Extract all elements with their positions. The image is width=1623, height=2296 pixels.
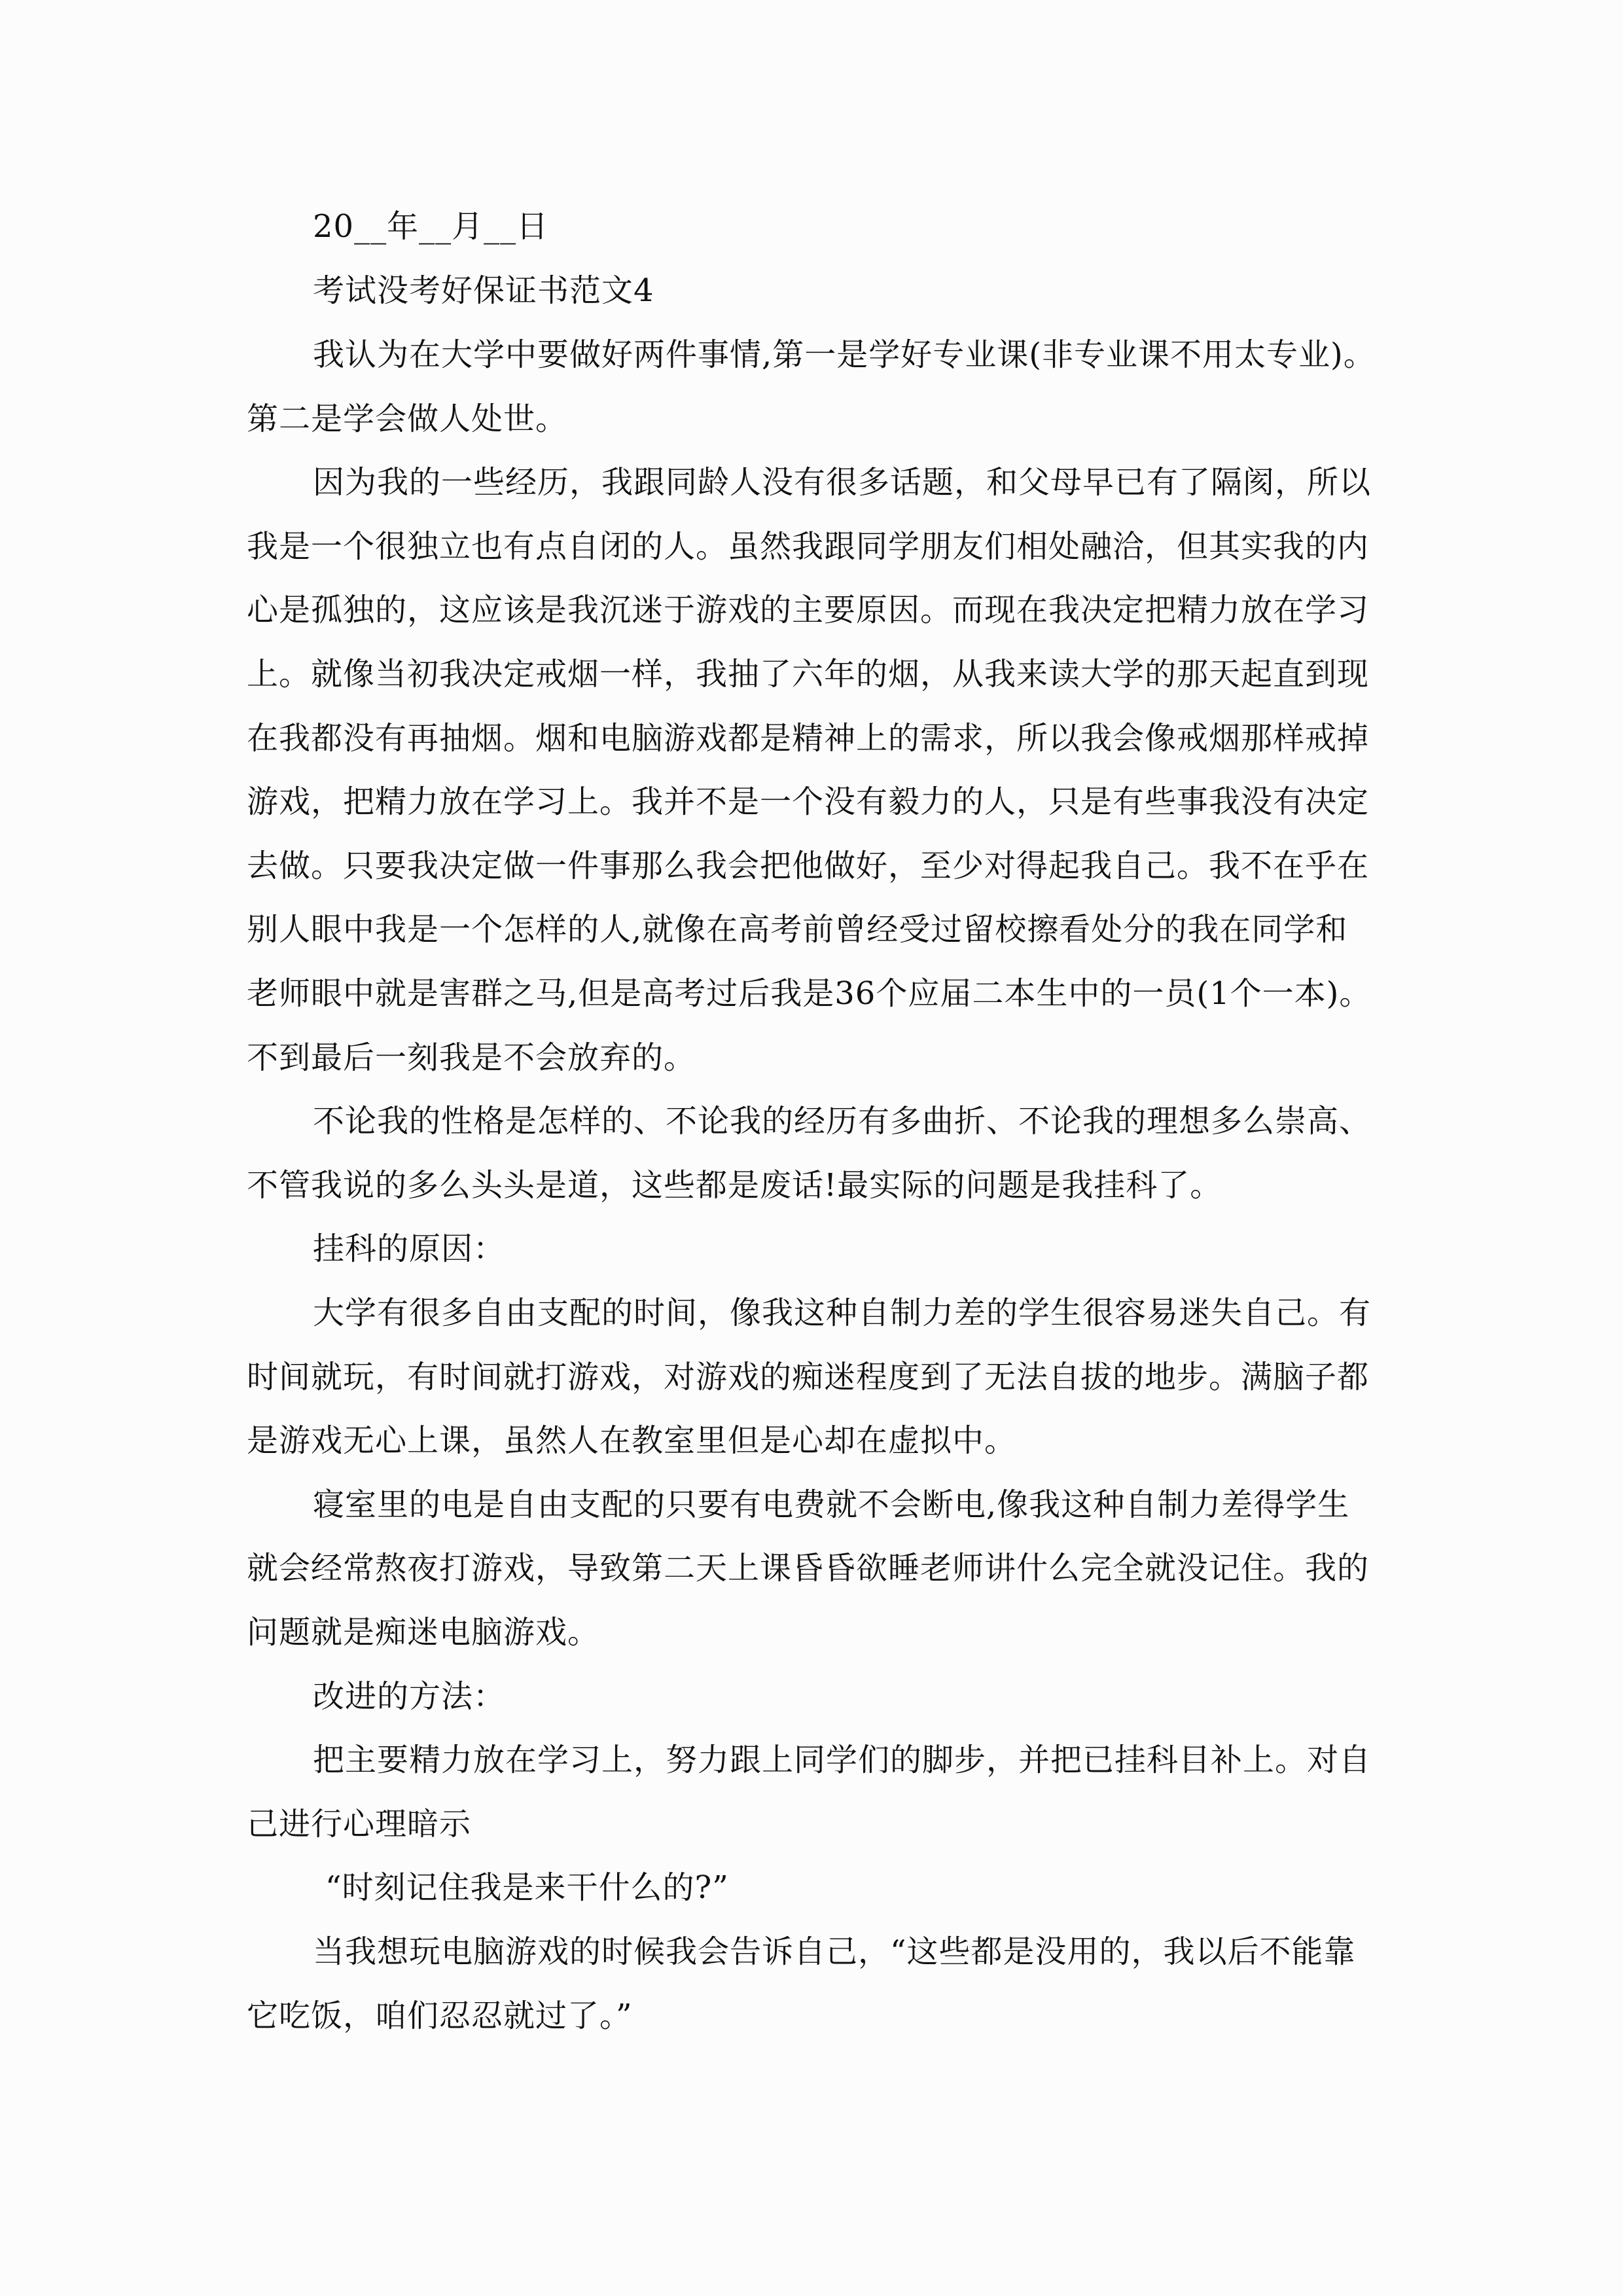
paragraph-line: 上。就像当初我决定戒烟一样，我抽了六年的烟，从我来读大学的那天起直到现	[247, 655, 1385, 694]
paragraph-line: 是游戏无心上课，虽然人在教室里但是心却在虚拟中。	[247, 1421, 1385, 1460]
paragraph-line: 老师眼中就是害群之马,但是高考过后我是36个应届二本生中的一员(1个一本)。	[247, 974, 1385, 1013]
paragraph-line: 挂科的原因：	[313, 1229, 1452, 1268]
paragraph-line: 就会经常熬夜打游戏，导致第二天上课昏昏欲睡老师讲什么完全就没记住。我的	[247, 1549, 1385, 1588]
paragraph-line: 因为我的一些经历，我跟同龄人没有很多话题，和父母早已有了隔阂，所以	[313, 463, 1452, 502]
paragraph-line: 不管我说的多么头头是道，这些都是废话!最实际的问题是我挂科了。	[247, 1166, 1385, 1205]
paragraph-line: 当我想玩电脑游戏的时候我会告诉自己，“这些都是没用的，我以后不能靠	[313, 1932, 1452, 1971]
paragraph-line: 游戏，把精力放在学习上。我并不是一个没有毅力的人，只是有些事我没有决定	[247, 782, 1385, 821]
paragraph-line: 我是一个很独立也有点自闭的人。虽然我跟同学朋友们相处融洽，但其实我的内	[247, 527, 1385, 566]
paragraph-line: 寝室里的电是自由支配的只要有电费就不会断电,像我这种自制力差得学生	[313, 1485, 1452, 1524]
paragraph-line: 时间就玩，有时间就打游戏，对游戏的痴迷程度到了无法自拔的地步。满脑子都	[247, 1357, 1385, 1397]
paragraph-line: 改进的方法：	[313, 1677, 1452, 1716]
paragraph-line: 心是孤独的，这应该是我沉迷于游戏的主要原因。而现在我决定把精力放在学习	[247, 590, 1385, 630]
paragraph-line: 问题就是痴迷电脑游戏。	[247, 1613, 1385, 1652]
paragraph-line: “时刻记住我是来干什么的?”	[325, 1868, 1464, 1907]
paragraph-line: 别人眼中我是一个怎样的人,就像在高考前曾经受过留校擦看处分的我在同学和	[247, 910, 1385, 949]
paragraph-line: 我认为在大学中要做好两件事情,第一是学好专业课(非专业课不用太专业)。	[313, 335, 1452, 374]
paragraph-line: 不论我的性格是怎样的、不论我的经历有多曲折、不论我的理想多么崇高、	[313, 1102, 1452, 1141]
paragraph-line: 它吃饭，咱们忍忍就过了。”	[247, 1996, 1385, 2036]
date-line: 20__年__月__日	[313, 207, 1452, 246]
paragraph-line: 第二是学会做人处世。	[247, 399, 1385, 439]
paragraph-line: 把主要精力放在学习上，努力跟上同学们的脚步，并把已挂科目补上。对自	[313, 1740, 1452, 1780]
paragraph-line: 己进行心理暗示	[247, 1804, 1385, 1844]
paragraph-line: 不到最后一刻我是不会放弃的。	[247, 1038, 1385, 1077]
paragraph-line: 在我都没有再抽烟。烟和电脑游戏都是精神上的需求，所以我会像戒烟那样戒掉	[247, 719, 1385, 758]
paragraph-line: 大学有很多自由支配的时间，像我这种自制力差的学生很容易迷失自己。有	[313, 1293, 1452, 1333]
paragraph-line: 去做。只要我决定做一件事那么我会把他做好，至少对得起我自己。我不在乎在	[247, 846, 1385, 886]
document-page: 20__年__月__日 考试没考好保证书范文4 我认为在大学中要做好两件事情,第…	[0, 0, 1623, 2296]
document-title: 考试没考好保证书范文4	[313, 271, 1452, 310]
